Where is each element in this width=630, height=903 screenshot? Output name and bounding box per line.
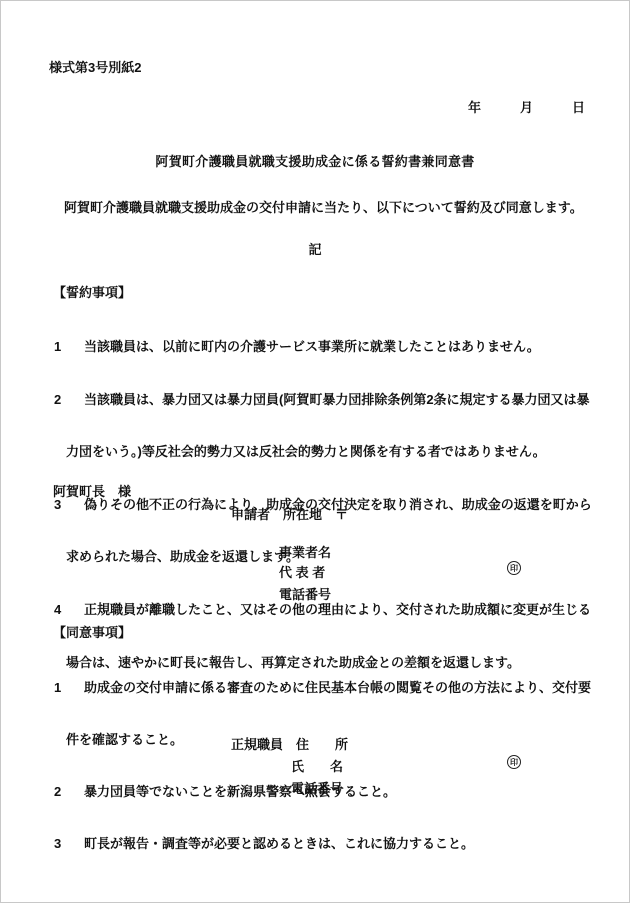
document-title: 阿賀町介護職員就職支援助成金に係る誓約書兼同意書 xyxy=(1,151,629,170)
item-text: 町長が報告・調査等が必要と認めるときは、これに協力すること。 xyxy=(84,836,474,851)
consent-item-3: 3町長が報告・調査等が必要と認めるときは、これに協力すること。 xyxy=(54,833,591,855)
item-number: 2 xyxy=(54,389,84,412)
item-number: 4 xyxy=(54,599,84,622)
pledge-item-1: 1当該職員は、以前に町内の介護サービス事業所に就業したことはありません。 xyxy=(54,336,592,359)
pledge-heading: 【誓約事項】 xyxy=(53,282,131,301)
item-text: 正規職員が離職したこと、又はその他の理由により、交付された助成額に変更が生じる xyxy=(84,602,591,617)
intro-paragraph: 阿賀町介護職員就職支援助成金の交付申請に当たり、以下について誓約及び同意します。 xyxy=(64,197,583,216)
item-text: 当該職員は、暴力団又は暴力団員(阿賀町暴力団排除条例第2条に規定する暴力団又は暴 xyxy=(84,392,590,407)
date-line: 年 月 日 xyxy=(468,97,585,116)
pledge-item-2-cont: 力団をいう。)等反社会的勢力又は反社会的勢力と関係を有する者ではありません。 xyxy=(54,441,592,464)
item-text: 当該職員は、以前に町内の介護サービス事業所に就業したことはありません。 xyxy=(84,339,540,354)
employee-seal-icon: 印 xyxy=(507,755,521,769)
addressee: 阿賀町長 様 xyxy=(53,481,131,500)
item-number: 2 xyxy=(54,781,84,803)
item-text: 暴力団員等でないことを新潟県警察へ照会すること。 xyxy=(84,784,396,799)
ki-marker: 記 xyxy=(1,239,629,258)
item-text: 助成金の交付申請に係る審査のために住民基本台帳の閲覧その他の方法により、交付要 xyxy=(84,680,591,695)
applicant-phone-label: 電話番号 xyxy=(279,584,331,603)
item-number: 1 xyxy=(54,336,84,359)
employee-phone-label: 電話番号 xyxy=(291,778,343,797)
document-page: 様式第3号別紙2 年 月 日 阿賀町介護職員就職支援助成金に係る誓約書兼同意書 … xyxy=(0,0,630,903)
item-number: 3 xyxy=(54,833,84,855)
representative-label: 代 表 者 xyxy=(279,562,325,581)
applicant-seal-icon: 印 xyxy=(507,561,521,575)
item-number: 1 xyxy=(54,677,84,699)
business-name-label: 事業者名 xyxy=(279,542,331,561)
employee-header: 正規職員 住 所 xyxy=(231,734,348,753)
applicant-header: 申請者 所在地 〒 xyxy=(231,504,348,523)
form-number: 様式第3号別紙2 xyxy=(49,57,141,76)
consent-heading: 【同意事項】 xyxy=(53,622,131,641)
pledge-item-2: 2当該職員は、暴力団又は暴力団員(阿賀町暴力団排除条例第2条に規定する暴力団又は… xyxy=(54,389,592,412)
employee-name-label: 氏 名 xyxy=(291,756,343,775)
consent-item-1: 1助成金の交付申請に係る審査のために住民基本台帳の閲覧その他の方法により、交付要 xyxy=(54,677,591,699)
